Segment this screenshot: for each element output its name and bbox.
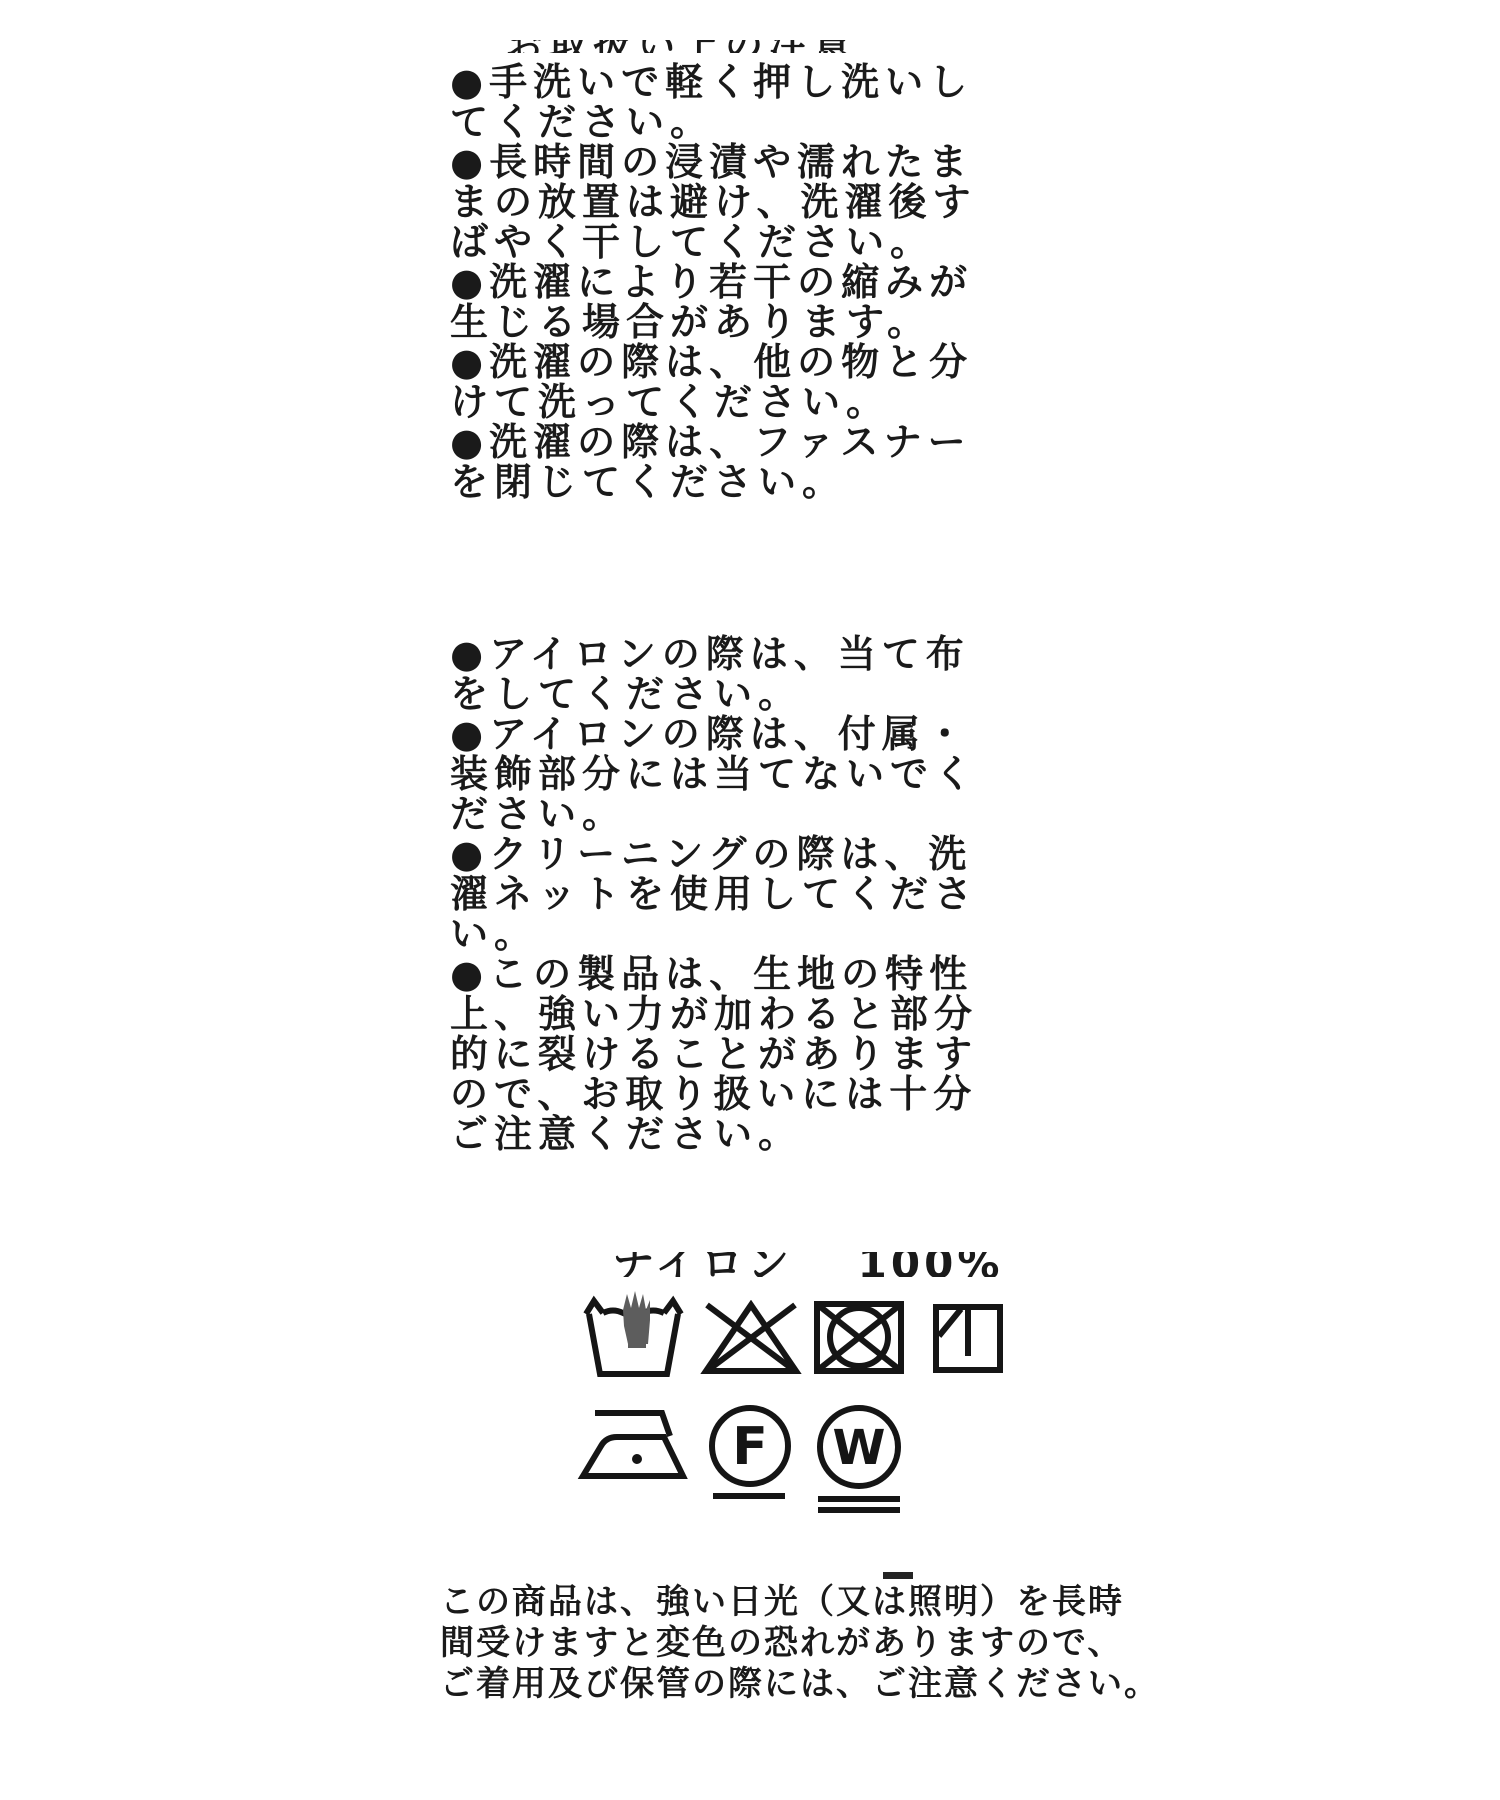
text-line: まの放置は避け、洗濯後す (450, 182, 1050, 222)
text-line: ●アイロンの際は、当て布 (450, 634, 1050, 674)
wash-care-notes: ●手洗いで軽く押し洗いしてください。●長時間の浸漬や濡れたままの放置は避け、洗濯… (450, 62, 1050, 502)
iron-care-notes: ●アイロンの際は、当て布をしてください。●アイロンの際は、付属・装飾部分には当て… (450, 634, 1050, 1154)
text-line: 上、強い力が加わると部分 (450, 994, 1050, 1034)
do-not-tumble-dry-icon (812, 1300, 906, 1375)
text-line: ●長時間の浸漬や濡れたま (450, 142, 1050, 182)
text-line: ださい。 (450, 794, 1050, 834)
text-line: ●洗濯により若干の縮みが (450, 262, 1050, 302)
dry-clean-letter: F (732, 1417, 768, 1477)
text-line: ●手洗いで軽く押し洗いし (450, 62, 1050, 102)
wet-clean-W-icon: W (814, 1404, 906, 1516)
text-line: ご注意ください。 (450, 1114, 1050, 1154)
care-label-scan: { "colors": { "ink": "#1a1a1a", "hand_gr… (0, 0, 1500, 1800)
text-line: ●洗濯の際は、他の物と分 (450, 342, 1050, 382)
hand-wash-icon (578, 1286, 688, 1380)
text-line: この商品は、強い日光（又は照明）を長時 (440, 1582, 1180, 1623)
line-dry-in-shade-icon (932, 1303, 1004, 1374)
text-line: を閉じてください。 (450, 462, 1050, 502)
text-line: ご着用及び保管の際には、ご注意ください。 (440, 1664, 1180, 1705)
wet-clean-letter: W (833, 1420, 886, 1476)
fiber-composition-clipped: ナイロン 100% (612, 1252, 1042, 1277)
storage-note: この商品は、強い日光（又は照明）を長時間受けますと変色の恐れがありますので、ご着… (440, 1582, 1180, 1705)
text-line: 間受けますと変色の恐れがありますので、 (440, 1623, 1180, 1664)
text-line: 生じる場合があります。 (450, 302, 1050, 342)
text-line: 濯ネットを使用してくださ (450, 874, 1050, 914)
text-line: てください。 (450, 102, 1050, 142)
clipped-heading-text: お取扱い上の注意 (505, 40, 905, 53)
text-line: 的に裂けることがあります (450, 1034, 1050, 1074)
fiber-composition-text: ナイロン 100% (612, 1252, 1042, 1277)
text-line: ●アイロンの際は、付属・ (450, 714, 1050, 754)
text-line: ●この製品は、生地の特性 (450, 954, 1050, 994)
crop-artifact-dash (883, 1572, 913, 1579)
text-line: 装飾部分には当てないでく (450, 754, 1050, 794)
text-line: い。 (450, 914, 1050, 954)
text-line: をしてください。 (450, 674, 1050, 714)
do-not-bleach-icon (700, 1300, 802, 1376)
dry-clean-F-icon: F (705, 1404, 797, 1504)
text-line: ●洗濯の際は、ファスナー (450, 422, 1050, 462)
text-line: ●クリーニングの際は、洗 (450, 834, 1050, 874)
text-line: けて洗ってください。 (450, 382, 1050, 422)
clipped-heading: お取扱い上の注意 (505, 40, 905, 53)
text-line: ので、お取り扱いには十分 (450, 1074, 1050, 1114)
text-line: ばやく干してください。 (450, 222, 1050, 262)
iron-low-icon (577, 1406, 703, 1484)
